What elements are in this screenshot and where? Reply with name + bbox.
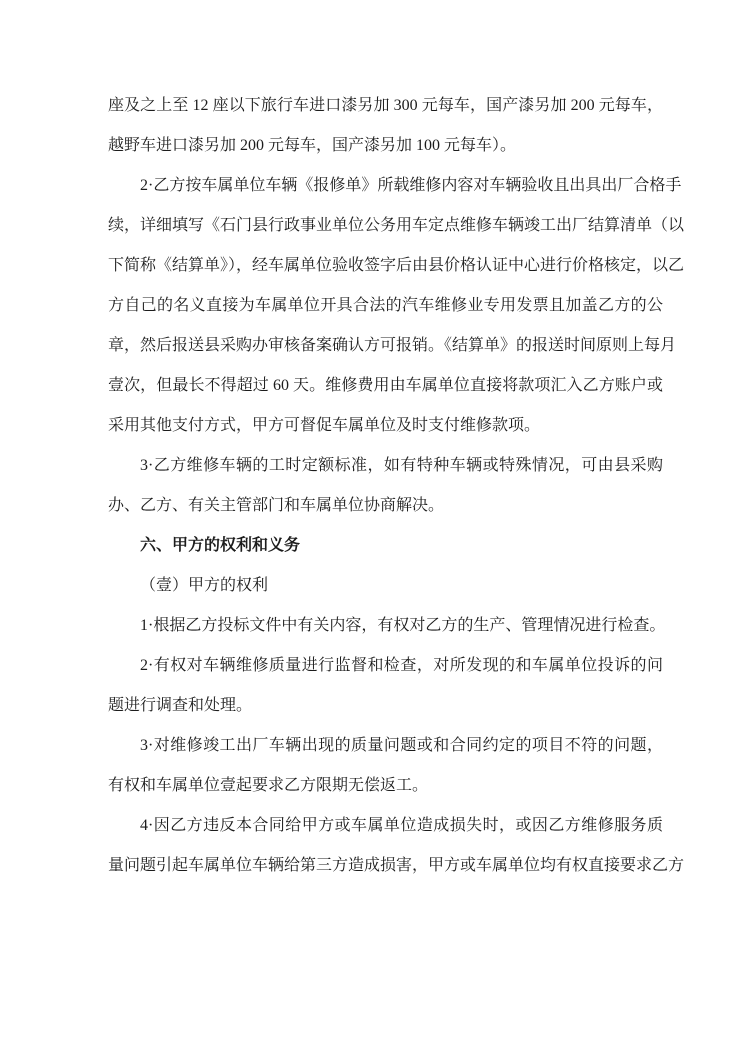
- text-line: 座及之上至 12 座以下旅行车进口漆另加 300 元每车，国产漆另加 200 元…: [108, 86, 663, 126]
- text-line: 办、乙方、有关主管部门和车属单位协商解决。: [108, 486, 663, 526]
- text-line: 章，然后报送县采购办审核备案确认方可报销。《结算单》的报送时间原则上每月: [108, 326, 663, 366]
- text-line: 采用其他支付方式，甲方可督促车属单位及时支付维修款项。: [108, 406, 663, 446]
- text-line: 3·乙方维修车辆的工时定额标准，如有特种车辆或特殊情况，可由县采购: [108, 446, 663, 486]
- section-heading: 六、甲方的权利和义务: [108, 526, 663, 566]
- text-line: 续，详细填写《石门县行政事业单位公务用车定点维修车辆竣工出厂结算清单（以: [108, 206, 663, 246]
- text-line: 下简称《结算单》），经车属单位验收签字后由县价格认证中心进行价格核定，以乙: [108, 246, 663, 286]
- text-line: 2·乙方按车属单位车辆《报修单》所载维修内容对车辆验收且出具出厂合格手: [108, 166, 663, 206]
- text-line: 方自己的名义直接为车属单位开具合法的汽车维修业专用发票且加盖乙方的公: [108, 286, 663, 326]
- text-line: 题进行调查和处理。: [108, 686, 663, 726]
- subsection-heading: （壹）甲方的权利: [108, 566, 663, 606]
- text-line: 3·对维修竣工出厂车辆出现的质量问题或和合同约定的项目不符的问题，: [108, 726, 663, 766]
- document-page: 座及之上至 12 座以下旅行车进口漆另加 300 元每车，国产漆另加 200 元…: [0, 0, 744, 1052]
- text-line: 量问题引起车属单位车辆给第三方造成损害，甲方或车属单位均有权直接要求乙方: [108, 846, 663, 886]
- text-line: 1·根据乙方投标文件中有关内容，有权对乙方的生产、管理情况进行检查。: [108, 606, 663, 646]
- text-line: 壹次，但最长不得超过 60 天。维修费用由车属单位直接将款项汇入乙方账户或: [108, 366, 663, 406]
- text-line: 2·有权对车辆维修质量进行监督和检查，对所发现的和车属单位投诉的问: [108, 646, 663, 686]
- text-line: 越野车进口漆另加 200 元每车，国产漆另加 100 元每车）。: [108, 126, 663, 166]
- text-line: 有权和车属单位壹起要求乙方限期无偿返工。: [108, 766, 663, 806]
- contract-text-block: 座及之上至 12 座以下旅行车进口漆另加 300 元每车，国产漆另加 200 元…: [108, 86, 663, 886]
- text-line: 4·因乙方违反本合同给甲方或车属单位造成损失时，或因乙方维修服务质: [108, 806, 663, 846]
